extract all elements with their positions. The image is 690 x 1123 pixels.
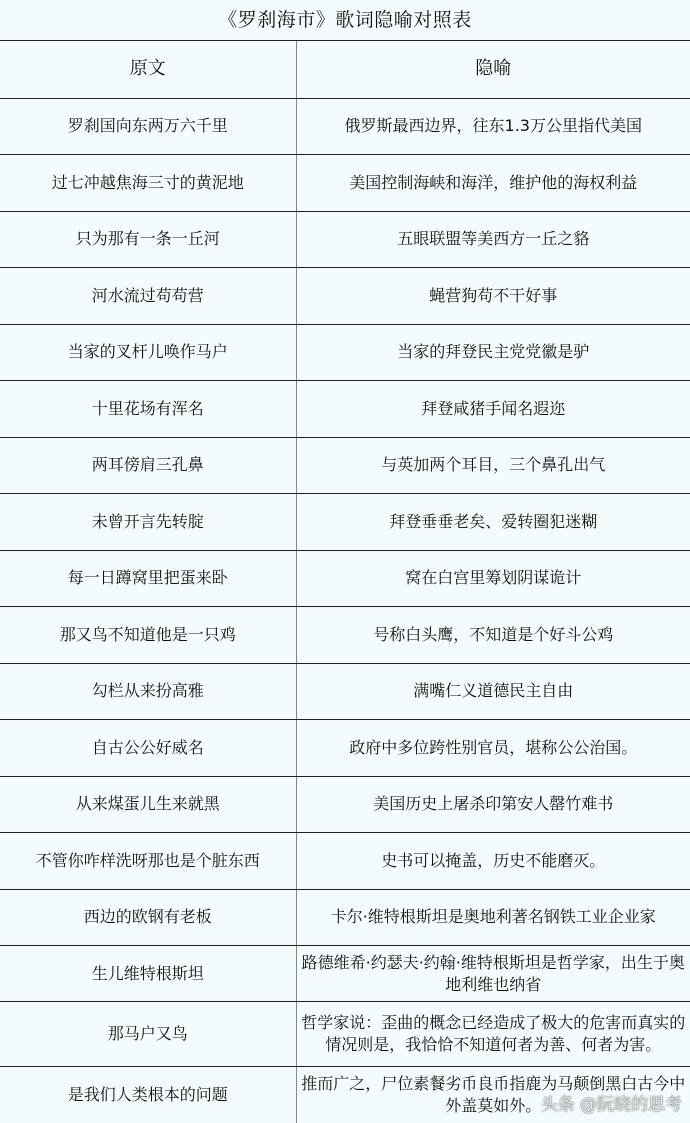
metaphor-cell: 拜登垂垂老矣、爱转圈犯迷糊 xyxy=(296,494,690,551)
header-row: 原文 隐喻 xyxy=(0,41,690,98)
metaphor-cell: 号称白头鹰，不知道是个好斗公鸡 xyxy=(296,607,690,664)
table-row: 未曾开言先转腚 拜登垂垂老矣、爱转圈犯迷糊 xyxy=(0,494,690,551)
metaphor-cell: 美国控制海峡和海洋，维护他的海权利益 xyxy=(296,155,690,212)
table-row: 不管你咋样洗呀那也是个脏东西 史书可以掩盖，历史不能磨灭。 xyxy=(0,833,690,890)
original-cell: 两耳傍肩三孔鼻 xyxy=(0,437,296,494)
watermark: 头条 @阮晓的思考 xyxy=(541,1090,682,1115)
original-cell: 自古公公好威名 xyxy=(0,720,296,777)
original-cell: 勾栏从来扮高雅 xyxy=(0,663,296,720)
table-row: 过七冲越焦海三寸的黄泥地 美国控制海峡和海洋，维护他的海权利益 xyxy=(0,155,690,212)
table-row: 河水流过苟苟营 蝇营狗苟不干好事 xyxy=(0,268,690,325)
table-row: 两耳傍肩三孔鼻 与英加两个耳目，三个鼻孔出气 xyxy=(0,437,690,494)
table-row: 西边的欧钢有老板 卡尔·维特根斯坦是奥地利著名钢铁工业企业家 xyxy=(0,889,690,946)
table-row: 只为那有一条一丘河 五眼联盟等美西方一丘之貉 xyxy=(0,211,690,268)
original-cell: 过七冲越焦海三寸的黄泥地 xyxy=(0,155,296,212)
table-row: 那又鸟不知道他是一只鸡 号称白头鹰，不知道是个好斗公鸡 xyxy=(0,607,690,664)
metaphor-cell: 美国历史上屠杀印第安人罄竹难书 xyxy=(296,776,690,833)
header-metaphor: 隐喻 xyxy=(296,41,690,98)
metaphor-cell: 五眼联盟等美西方一丘之貉 xyxy=(296,211,690,268)
table-row: 生儿维特根斯坦 路德维希·约瑟夫·约翰·维特根斯坦是哲学家，出生于奥地利维也纳省 xyxy=(0,946,690,1002)
table-row: 勾栏从来扮高雅 满嘴仁义道德民主自由 xyxy=(0,663,690,720)
table-row: 每一日蹲窝里把蛋来卧 窝在白宫里筹划阴谋诡计 xyxy=(0,550,690,607)
original-cell: 从来煤蛋儿生来就黑 xyxy=(0,776,296,833)
original-cell: 不管你咋样洗呀那也是个脏东西 xyxy=(0,833,296,890)
original-cell: 河水流过苟苟营 xyxy=(0,268,296,325)
metaphor-cell: 哲学家说：歪曲的概念已经造成了极大的危害而真实的情况则是，我恰恰不知道何者为善、… xyxy=(296,1002,690,1067)
original-cell: 生儿维特根斯坦 xyxy=(0,946,296,1002)
table-row: 自古公公好威名 政府中多位跨性别官员，堪称公公治国。 xyxy=(0,720,690,777)
table-row: 十里花场有浑名 拜登咸猪手闻名遐迩 xyxy=(0,381,690,438)
header-original: 原文 xyxy=(0,41,296,98)
original-cell: 那马户又鸟 xyxy=(0,1002,296,1067)
metaphor-cell: 窝在白宫里筹划阴谋诡计 xyxy=(296,550,690,607)
table-row: 从来煤蛋儿生来就黑 美国历史上屠杀印第安人罄竹难书 xyxy=(0,776,690,833)
original-cell: 当家的叉杆儿唤作马户 xyxy=(0,324,296,381)
metaphor-cell: 与英加两个耳目，三个鼻孔出气 xyxy=(296,437,690,494)
original-cell: 每一日蹲窝里把蛋来卧 xyxy=(0,550,296,607)
original-cell: 只为那有一条一丘河 xyxy=(0,211,296,268)
metaphor-cell: 蝇营狗苟不干好事 xyxy=(296,268,690,325)
metaphor-cell: 当家的拜登民主党党徽是驴 xyxy=(296,324,690,381)
original-cell: 西边的欧钢有老板 xyxy=(0,889,296,946)
metaphor-cell: 史书可以掩盖，历史不能磨灭。 xyxy=(296,833,690,890)
metaphor-cell: 卡尔·维特根斯坦是奥地利著名钢铁工业企业家 xyxy=(296,889,690,946)
metaphor-cell: 政府中多位跨性别官员，堪称公公治国。 xyxy=(296,720,690,777)
table-row: 罗刹国向东两万六千里 俄罗斯最西边界，往东1.3万公里指代美国 xyxy=(0,98,690,155)
table-title: 《罗刹海市》歌词隐喻对照表 xyxy=(0,0,690,41)
table-row: 那马户又鸟 哲学家说：歪曲的概念已经造成了极大的危害而真实的情况则是，我恰恰不知… xyxy=(0,1002,690,1067)
original-cell: 十里花场有浑名 xyxy=(0,381,296,438)
metaphor-cell: 拜登咸猪手闻名遐迩 xyxy=(296,381,690,438)
table-row: 当家的叉杆儿唤作马户 当家的拜登民主党党徽是驴 xyxy=(0,324,690,381)
original-cell: 罗刹国向东两万六千里 xyxy=(0,98,296,155)
original-cell: 未曾开言先转腚 xyxy=(0,494,296,551)
metaphor-cell: 俄罗斯最西边界，往东1.3万公里指代美国 xyxy=(296,98,690,155)
original-cell: 是我们人类根本的问题 xyxy=(0,1067,296,1123)
metaphor-table: 原文 隐喻 罗刹国向东两万六千里 俄罗斯最西边界，往东1.3万公里指代美国 过七… xyxy=(0,41,690,1123)
metaphor-cell: 满嘴仁义道德民主自由 xyxy=(296,663,690,720)
original-cell: 那又鸟不知道他是一只鸡 xyxy=(0,607,296,664)
metaphor-cell: 路德维希·约瑟夫·约翰·维特根斯坦是哲学家，出生于奥地利维也纳省 xyxy=(296,946,690,1002)
